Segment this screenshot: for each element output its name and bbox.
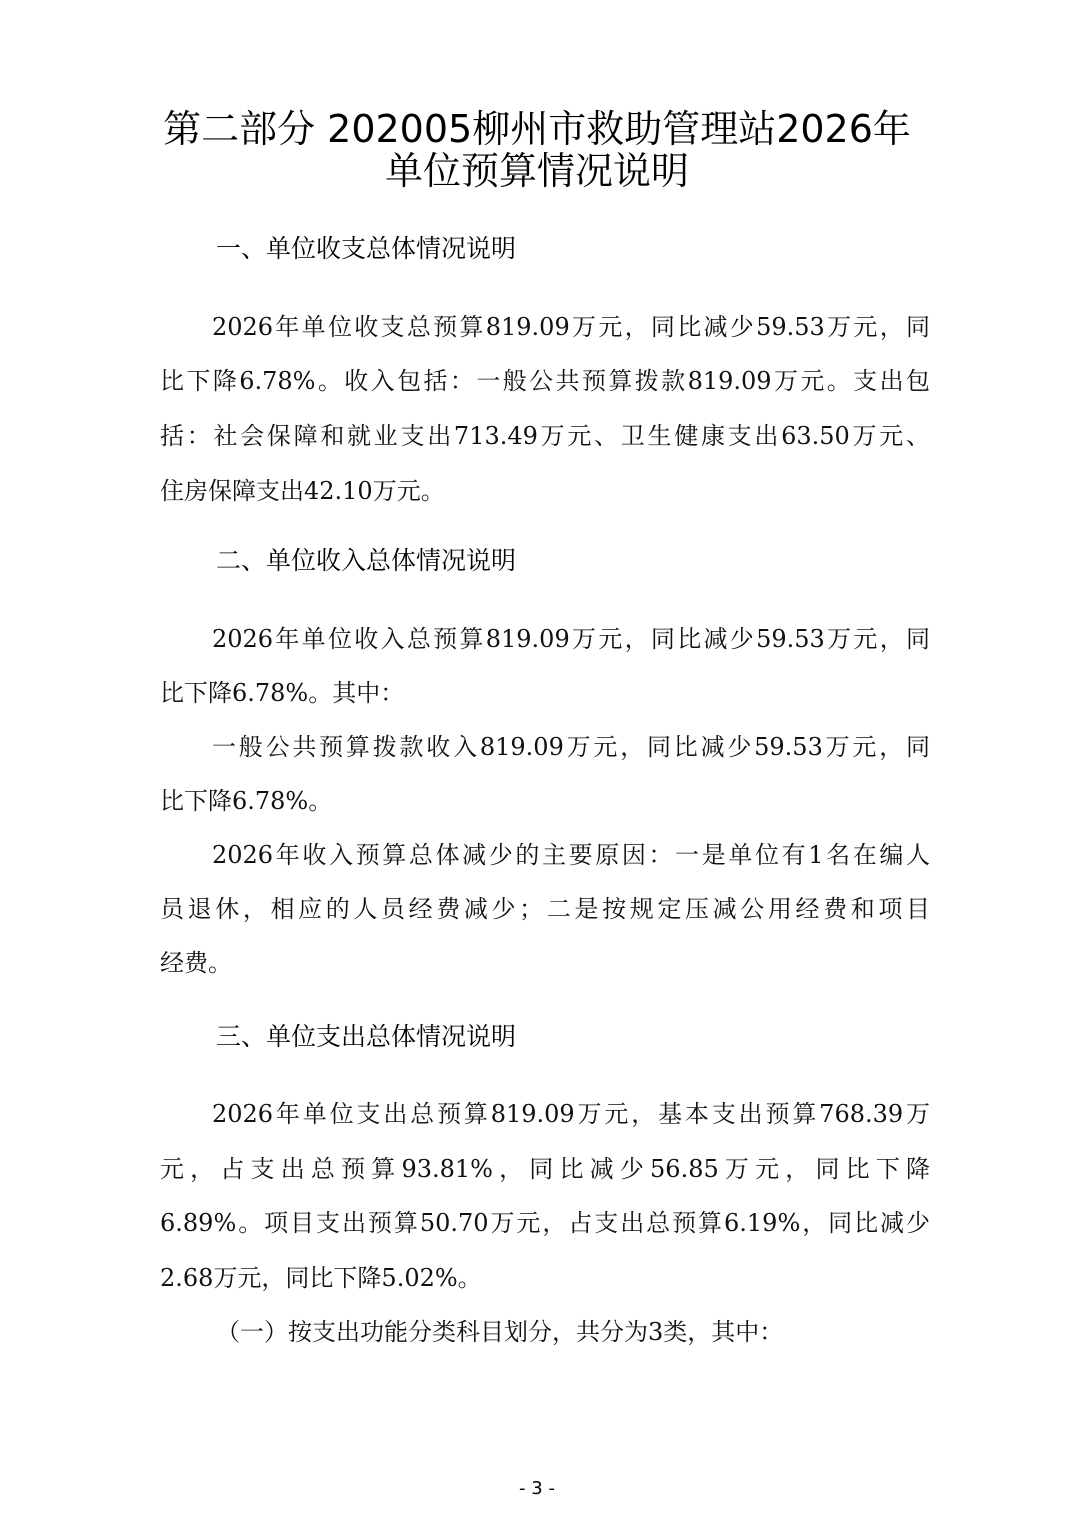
- document-page: 第二部分 202005柳州市救助管理站2026年 单位预算情况说明 一、单位收支…: [0, 0, 1074, 1520]
- paragraph-line: 2.68万元，同比下降5.02%。: [160, 1263, 930, 1293]
- document-title-line-2: 单位预算情况说明: [0, 148, 1074, 194]
- paragraph-line: 2026年单位收支总预算819.09万元，同比减少59.53万元，同: [212, 312, 930, 342]
- document-title-line-1: 第二部分 202005柳州市救助管理站2026年: [0, 106, 1074, 152]
- paragraph-line: 比下降6.78%。: [160, 786, 930, 816]
- paragraph-line: 经费。: [160, 948, 930, 978]
- paragraph-line: 比下降6.78%。其中：: [160, 678, 930, 708]
- paragraph-line: 员退休，相应的人员经费减少；二是按规定压减公用经费和项目: [160, 894, 930, 924]
- section-heading-1: 一、单位收支总体情况说明: [216, 234, 516, 264]
- paragraph-line: 2026年收入预算总体减少的主要原因：一是单位有1名在编人: [212, 840, 930, 870]
- paragraph-line: 括：社会保障和就业支出713.49万元、卫生健康支出63.50万元、: [160, 421, 930, 451]
- section-heading-2: 二、单位收入总体情况说明: [216, 546, 516, 576]
- paragraph-line: 住房保障支出42.10万元。: [160, 476, 930, 506]
- paragraph-line: （一）按支出功能分类科目划分，共分为3类，其中：: [216, 1317, 836, 1347]
- paragraph-line: 一般公共预算拨款收入819.09万元，同比减少59.53万元，同: [212, 732, 930, 762]
- section-heading-3: 三、单位支出总体情况说明: [216, 1022, 516, 1052]
- paragraph-line: 2026年单位支出总预算819.09万元，基本支出预算768.39万: [212, 1099, 930, 1129]
- paragraph-line: 比下降6.78%。收入包括：一般公共预算拨款819.09万元。支出包: [160, 366, 930, 396]
- paragraph-line: 6.89%。项目支出预算50.70万元，占支出总预算6.19%，同比减少: [160, 1208, 930, 1238]
- page-number: - 3 -: [0, 1478, 1074, 1499]
- paragraph-line: 元，占支出总预算93.81%，同比减少56.85万元，同比下降: [160, 1154, 930, 1184]
- paragraph-line: 2026年单位收入总预算819.09万元，同比减少59.53万元，同: [212, 624, 930, 654]
